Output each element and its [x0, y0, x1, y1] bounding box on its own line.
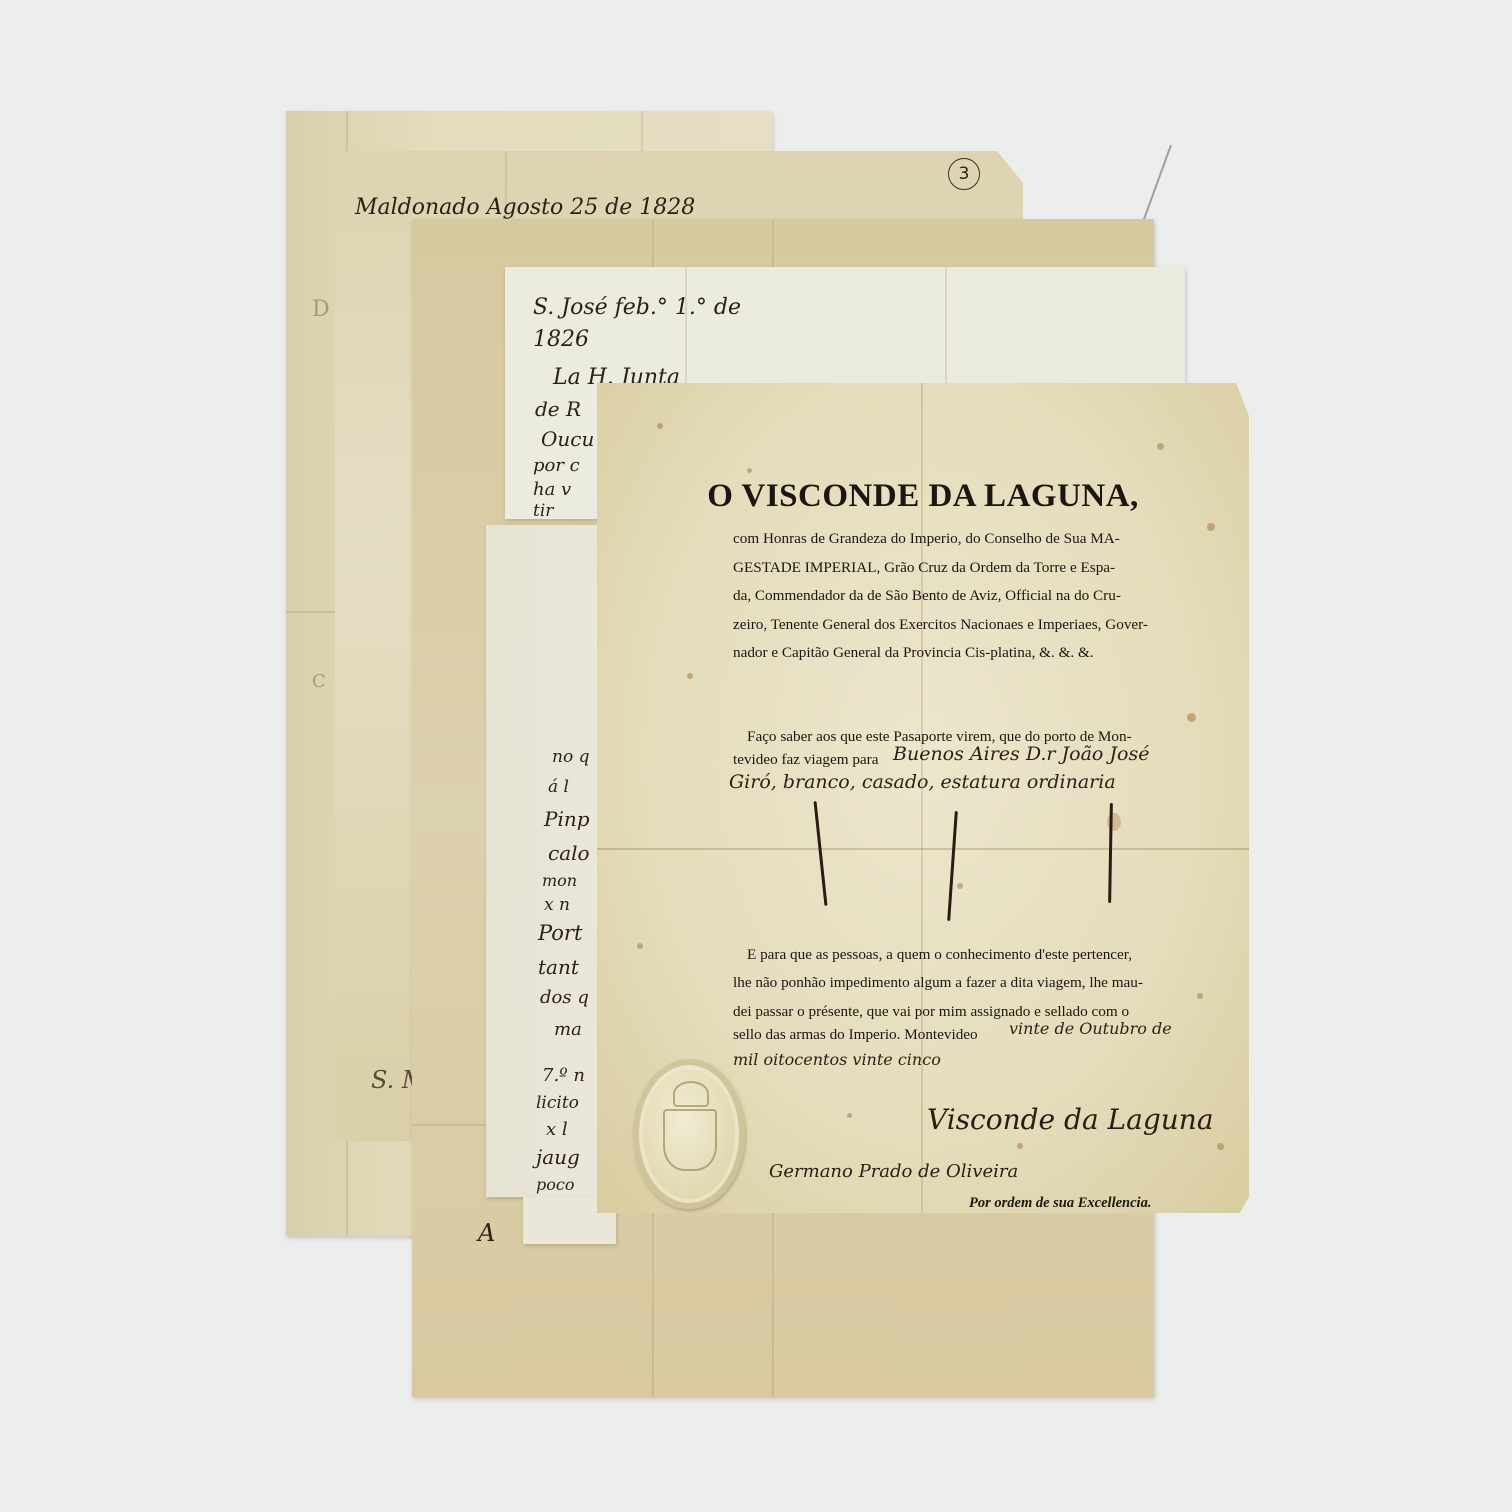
preamble-line: com Honras de Grandeza do Imperio, do Co…: [733, 525, 1177, 554]
letter-line: x n: [544, 895, 570, 915]
handwritten-date-2: mil oitocentos vinte cinco: [733, 1050, 941, 1069]
margin-fragment: C: [312, 671, 326, 692]
letter-line: x l: [546, 1119, 568, 1140]
visconde-signature: Visconde da Laguna: [927, 1103, 1214, 1136]
letter-line: tir: [533, 501, 553, 521]
preamble-line: da, Commendador da de São Bento de Aviz,…: [733, 582, 1177, 611]
tan-bottom-fragment: A: [478, 1219, 495, 1247]
preamble-line: zeiro, Tenente General dos Exercitos Nac…: [733, 611, 1177, 640]
handwritten-date-1: vinte de Outubro de: [1009, 1019, 1172, 1038]
embossed-seal-icon: [633, 1059, 745, 1209]
letter-line: Port: [538, 921, 582, 945]
passport-document: O VISCONDE DA LAGUNA, com Honras de Gran…: [597, 383, 1249, 1213]
sao-jose-dateline: S. José feb.° 1.° de: [533, 295, 741, 320]
preamble-line: nador e Capitão General da Provincia Cis…: [733, 639, 1177, 668]
letter-line: por c: [533, 455, 580, 476]
passport-title: O VISCONDE DA LAGUNA,: [597, 478, 1249, 515]
letter-line: licito: [536, 1093, 579, 1113]
letter-line: á l: [548, 777, 569, 797]
passport-footer: Por ordem de sua Excellencia.: [969, 1195, 1249, 1212]
letter-line: dos q: [540, 987, 589, 1008]
margin-fragment: D: [312, 297, 330, 322]
passport-preamble: com Honras de Grandeza do Imperio, do Co…: [597, 525, 1249, 668]
closing-line: lhe não ponhão impedimento algum a fazer…: [733, 969, 1177, 998]
letter-line: 7.º n: [542, 1065, 585, 1086]
letter-line: ma: [554, 1019, 582, 1040]
passport-closing-2: lhe não ponhão impedimento algum a fazer…: [597, 969, 1249, 1026]
letter-line: ha v: [533, 479, 571, 500]
passport-closing: E para que as pessoas, a quem o conhecim…: [597, 941, 1249, 970]
closing-line: E para que as pessoas, a quem o conhecim…: [747, 941, 1177, 970]
letter-line: jaug: [536, 1145, 580, 1169]
letter-line: calo: [548, 841, 590, 865]
maldonado-dateline: Maldonado Agosto 25 de 1828: [355, 195, 695, 220]
letter-line: mon: [542, 871, 577, 890]
letter-line: no q: [552, 747, 589, 767]
letter-line: de R: [535, 397, 581, 421]
circled-number: 3: [948, 158, 980, 190]
letter-line: poco: [536, 1175, 574, 1194]
letter-line: Oucu: [541, 427, 594, 451]
preamble-line: GESTADE IMPERIAL, Grão Cruz da Ordem da …: [733, 554, 1177, 583]
secretary-signature: Germano Prado de Oliveira: [769, 1161, 1018, 1182]
underlayer-letter-sheet: no q á l Pinp calo mon x n Port tant dos…: [486, 525, 616, 1197]
letter-line: tant: [538, 955, 579, 979]
handwritten-description: Giró, branco, casado, estatura ordinaria: [729, 771, 1116, 793]
letter-line: Pinp: [544, 807, 590, 831]
sao-jose-year: 1826: [533, 327, 589, 352]
handwritten-destination: Buenos Aires D.r João José: [893, 743, 1149, 765]
